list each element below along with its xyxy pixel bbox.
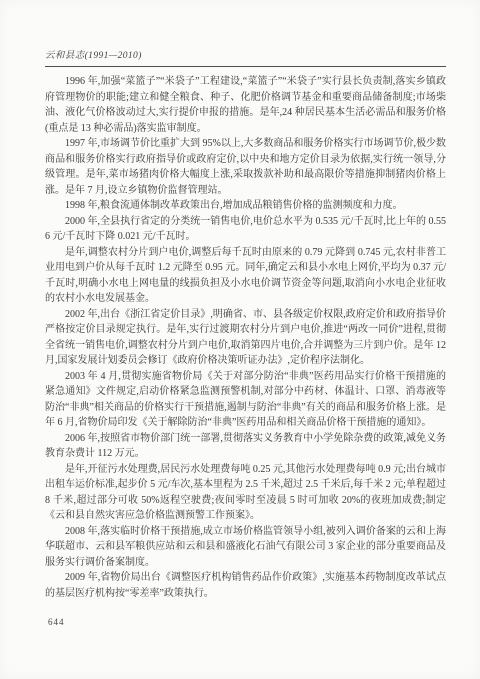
paragraph-1997: 1997 年,市场调节价比重扩大到 95%以上,大多数商品和服务价格实行市场调节… — [45, 136, 446, 198]
header-rule — [45, 66, 446, 67]
paragraph-2003: 2003 年 4 月,贯彻实施省物价局《关于对部分防治“非典”医药用品实行价格干… — [45, 369, 446, 431]
scanned-book-page: 云和县志(1991—2010) 1996 年,加强“菜篮子”“米袋子”工程建设,… — [0, 0, 480, 679]
body-text: 1996 年,加强“菜篮子”“米袋子”工程建设,“菜篮子”“米袋子”实行县长负责… — [45, 74, 446, 601]
paragraph-1998: 1998 年,粮食流通体制改革政策出台,增加成品粮销售价格的监测频度和力度。 — [45, 198, 446, 214]
paragraph-2000: 2000 年,全县执行省定的分类统一销售电价,电价总水平为 0.535 元/千瓦… — [45, 214, 446, 245]
paragraph-2006-fees: 是年,开征污水处理费,居民污水处理费每吨 0.25 元,其他污水处理费每吨 0.… — [45, 462, 446, 524]
paragraph-2009: 2009 年,省物价局出台《调整医疗机构销售药品作价政策》,实施基本药物制度改革… — [45, 570, 446, 601]
paragraph-2000-electricity: 是年,调整农村分片到户电价,调整后每千瓦时由原来的 0.79 元降到 0.745… — [45, 245, 446, 307]
paragraph-2008: 2008 年,落实临时价格干预措施,成立市场价格监管领导小组,被列入调价备案的云… — [45, 524, 446, 571]
paragraph-1996: 1996 年,加强“菜篮子”“米袋子”工程建设,“菜篮子”“米袋子”实行县长负责… — [45, 74, 446, 136]
paragraph-2006: 2006 年,按照省市物价部门统一部署,贯彻落实义务教育中小学免除杂费的政策,减… — [45, 431, 446, 462]
book-title: 云和县志(1991—2010) — [45, 50, 446, 62]
page-number: 644 — [48, 617, 65, 627]
paragraph-2002: 2002 年,出台《浙江省定价目录》,明确省、市、县各级定价权限,政府定价和政府… — [45, 307, 446, 369]
running-header: 云和县志(1991—2010) — [45, 50, 446, 67]
